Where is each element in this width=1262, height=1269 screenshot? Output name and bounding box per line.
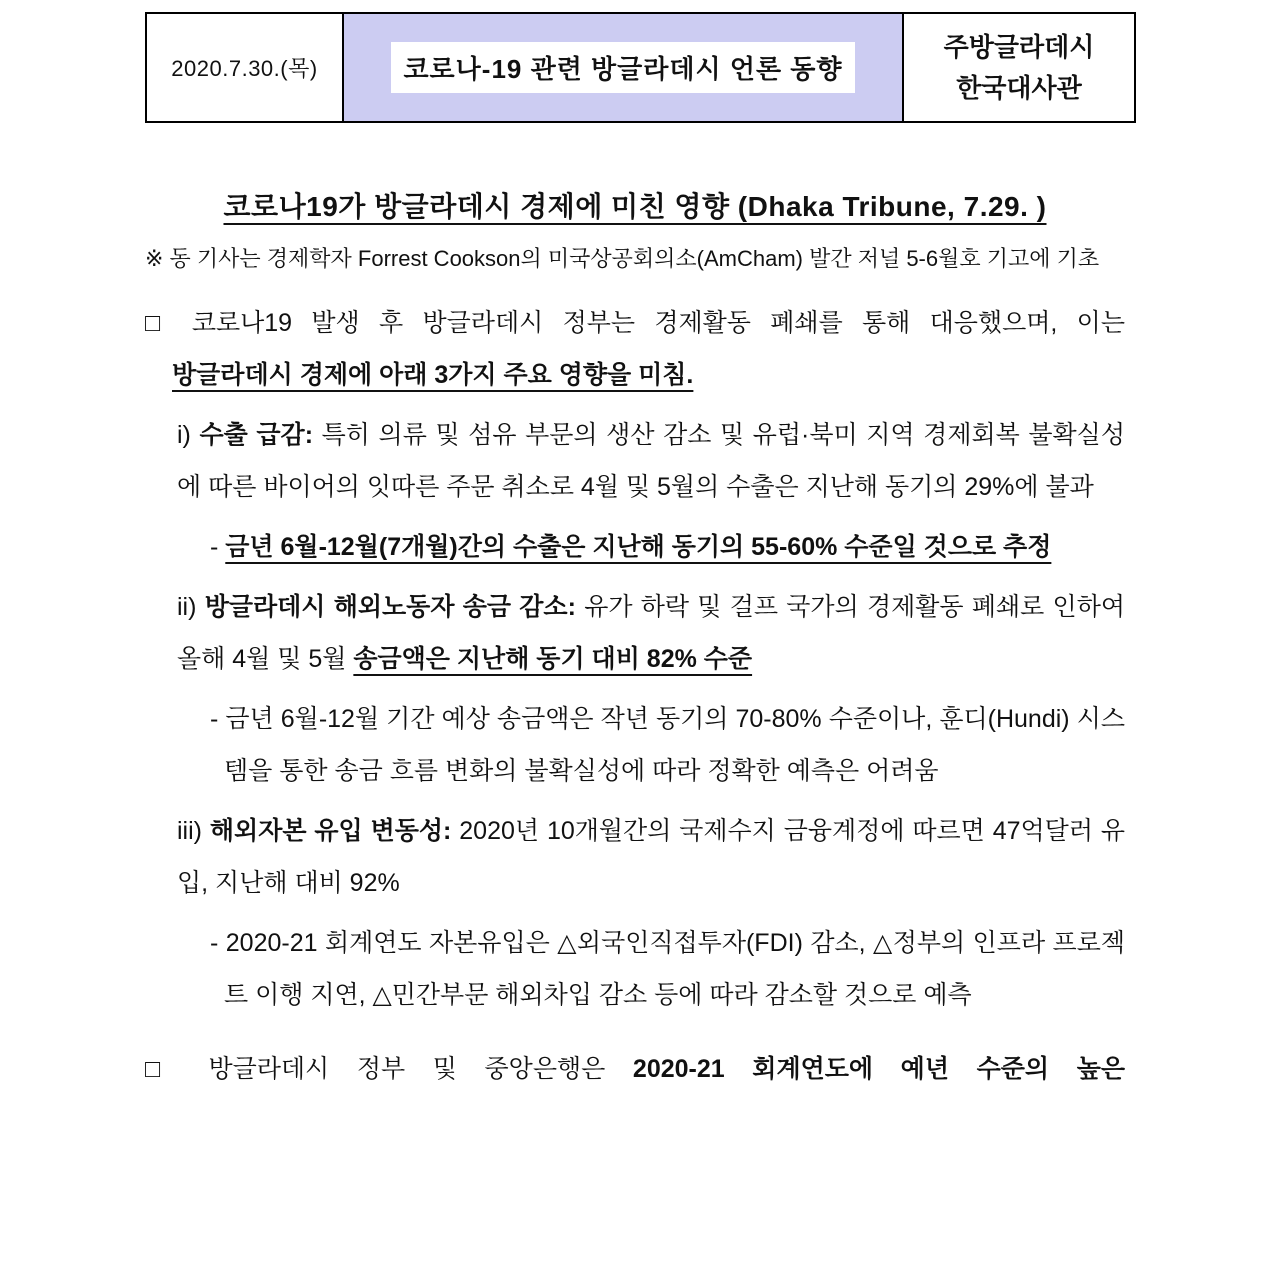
report-title: 코로나-19 관련 방글라데시 언론 동향 (391, 42, 854, 93)
subitem-capital-inflow-forecast-text: 2020-21 회계연도 자본유입은 △외국인직접투자(FDI) 감소, △정부… (224, 929, 1125, 1009)
paragraph-budget-emphasis: 2020-21 회계연도에 예년 수준의 높은 (633, 1055, 1125, 1083)
header-cell-title: 코로나-19 관련 방글라데시 언론 동향 (343, 13, 903, 122)
paragraph-budget-lead: 방글라데시 정부 및 중앙은행은 (208, 1055, 605, 1083)
roman-numeral-ii-marker: ii) (177, 593, 196, 621)
org-name-line1: 주방글라데시 (904, 27, 1134, 67)
header-row: 2020.7.30.(목) 코로나-19 관련 방글라데시 언론 동향 주방글라… (146, 13, 1135, 122)
item-remittance-decline-heading: 방글라데시 해외노동자 송금 감소: (205, 593, 576, 621)
item-capital-inflow-heading: 해외자본 유입 변동성: (210, 817, 451, 845)
article-title: 코로나19가 방글라데시 경제에 미친 영향 (Dhaka Tribune, 7… (145, 185, 1125, 225)
source-note: ※ 동 기사는 경제학자 Forrest Cookson의 미국상공회의소(Am… (145, 242, 1125, 273)
article-title-text: 코로나19가 방글라데시 경제에 미친 영향 (Dhaka Tribune, 7… (223, 191, 1046, 222)
item-export-decline-text: 특히 의류 및 섬유 부문의 생산 감소 및 유럽·북미 지역 경제회복 불확실… (177, 421, 1125, 501)
checkbox-bullet-icon: □ (145, 309, 172, 337)
header-table: 2020.7.30.(목) 코로나-19 관련 방글라데시 언론 동향 주방글라… (145, 12, 1136, 123)
subitem-export-estimate: - 금년 6월-12월(7개월)간의 수출은 지난해 동기의 55-60% 수준… (210, 521, 1125, 573)
paragraph-overview-lead: 코로나19 발생 후 방글라데시 정부는 경제활동 폐쇄를 통해 대응했으며, … (192, 309, 1125, 337)
dash-bullet-icon: - (210, 929, 218, 957)
paragraph-overview-lead-line: □ 코로나19 발생 후 방글라데시 정부는 경제활동 폐쇄를 통해 대응했으며… (145, 297, 1125, 349)
document-page: 2020.7.30.(목) 코로나-19 관련 방글라데시 언론 동향 주방글라… (0, 0, 1262, 1269)
subitem-export-estimate-text: 금년 6월-12월(7개월)간의 수출은 지난해 동기의 55-60% 수준일 … (225, 533, 1051, 561)
org-name-line2: 한국대사관 (904, 68, 1134, 108)
subitem-remittance-forecast-text: 금년 6월-12월 기간 예상 송금액은 작년 동기의 70-80% 수준이나,… (224, 705, 1125, 785)
roman-numeral-iii-marker: iii) (177, 817, 202, 845)
header-cell-organization: 주방글라데시 한국대사관 (903, 13, 1135, 122)
header-cell-date: 2020.7.30.(목) (146, 13, 343, 122)
dash-bullet-icon: - (210, 533, 218, 561)
roman-numeral-i-marker: i) (177, 421, 191, 449)
item-remittance-decline-emphasis: 송금액은 지난해 동기 대비 82% 수준 (353, 645, 752, 673)
paragraph-overview-emphasis: 방글라데시 경제에 아래 3가지 주요 영향을 미침. (172, 361, 693, 389)
item-export-decline-heading: 수출 급감: (200, 421, 314, 449)
item-export-decline: i) 수출 급감: 특히 의류 및 섬유 부문의 생산 감소 및 유럽·북미 지… (177, 409, 1125, 513)
subitem-capital-inflow-forecast: - 2020-21 회계연도 자본유입은 △외국인직접투자(FDI) 감소, △… (210, 917, 1125, 1021)
paragraph-overview: □ 코로나19 발생 후 방글라데시 정부는 경제활동 폐쇄를 통해 대응했으며… (145, 297, 1125, 401)
checkbox-bullet-icon: □ (145, 1055, 181, 1083)
report-date: 2020.7.30.(목) (171, 56, 317, 81)
subitem-remittance-forecast: - 금년 6월-12월 기간 예상 송금액은 작년 동기의 70-80% 수준이… (210, 693, 1125, 797)
paragraph-overview-emphasis-line: 방글라데시 경제에 아래 3가지 주요 영향을 미침. (172, 349, 1125, 401)
article-body: □ 코로나19 발생 후 방글라데시 정부는 경제활동 폐쇄를 통해 대응했으며… (145, 297, 1125, 1095)
dash-bullet-icon: - (210, 705, 218, 733)
paragraph-budget: □ 방글라데시 정부 및 중앙은행은 2020-21 회계연도에 예년 수준의 … (145, 1043, 1125, 1095)
item-capital-inflow-volatility: iii) 해외자본 유입 변동성: 2020년 10개월간의 국제수지 금융계정… (177, 805, 1125, 909)
item-remittance-decline: ii) 방글라데시 해외노동자 송금 감소: 유가 하락 및 걸프 국가의 경제… (177, 581, 1125, 685)
